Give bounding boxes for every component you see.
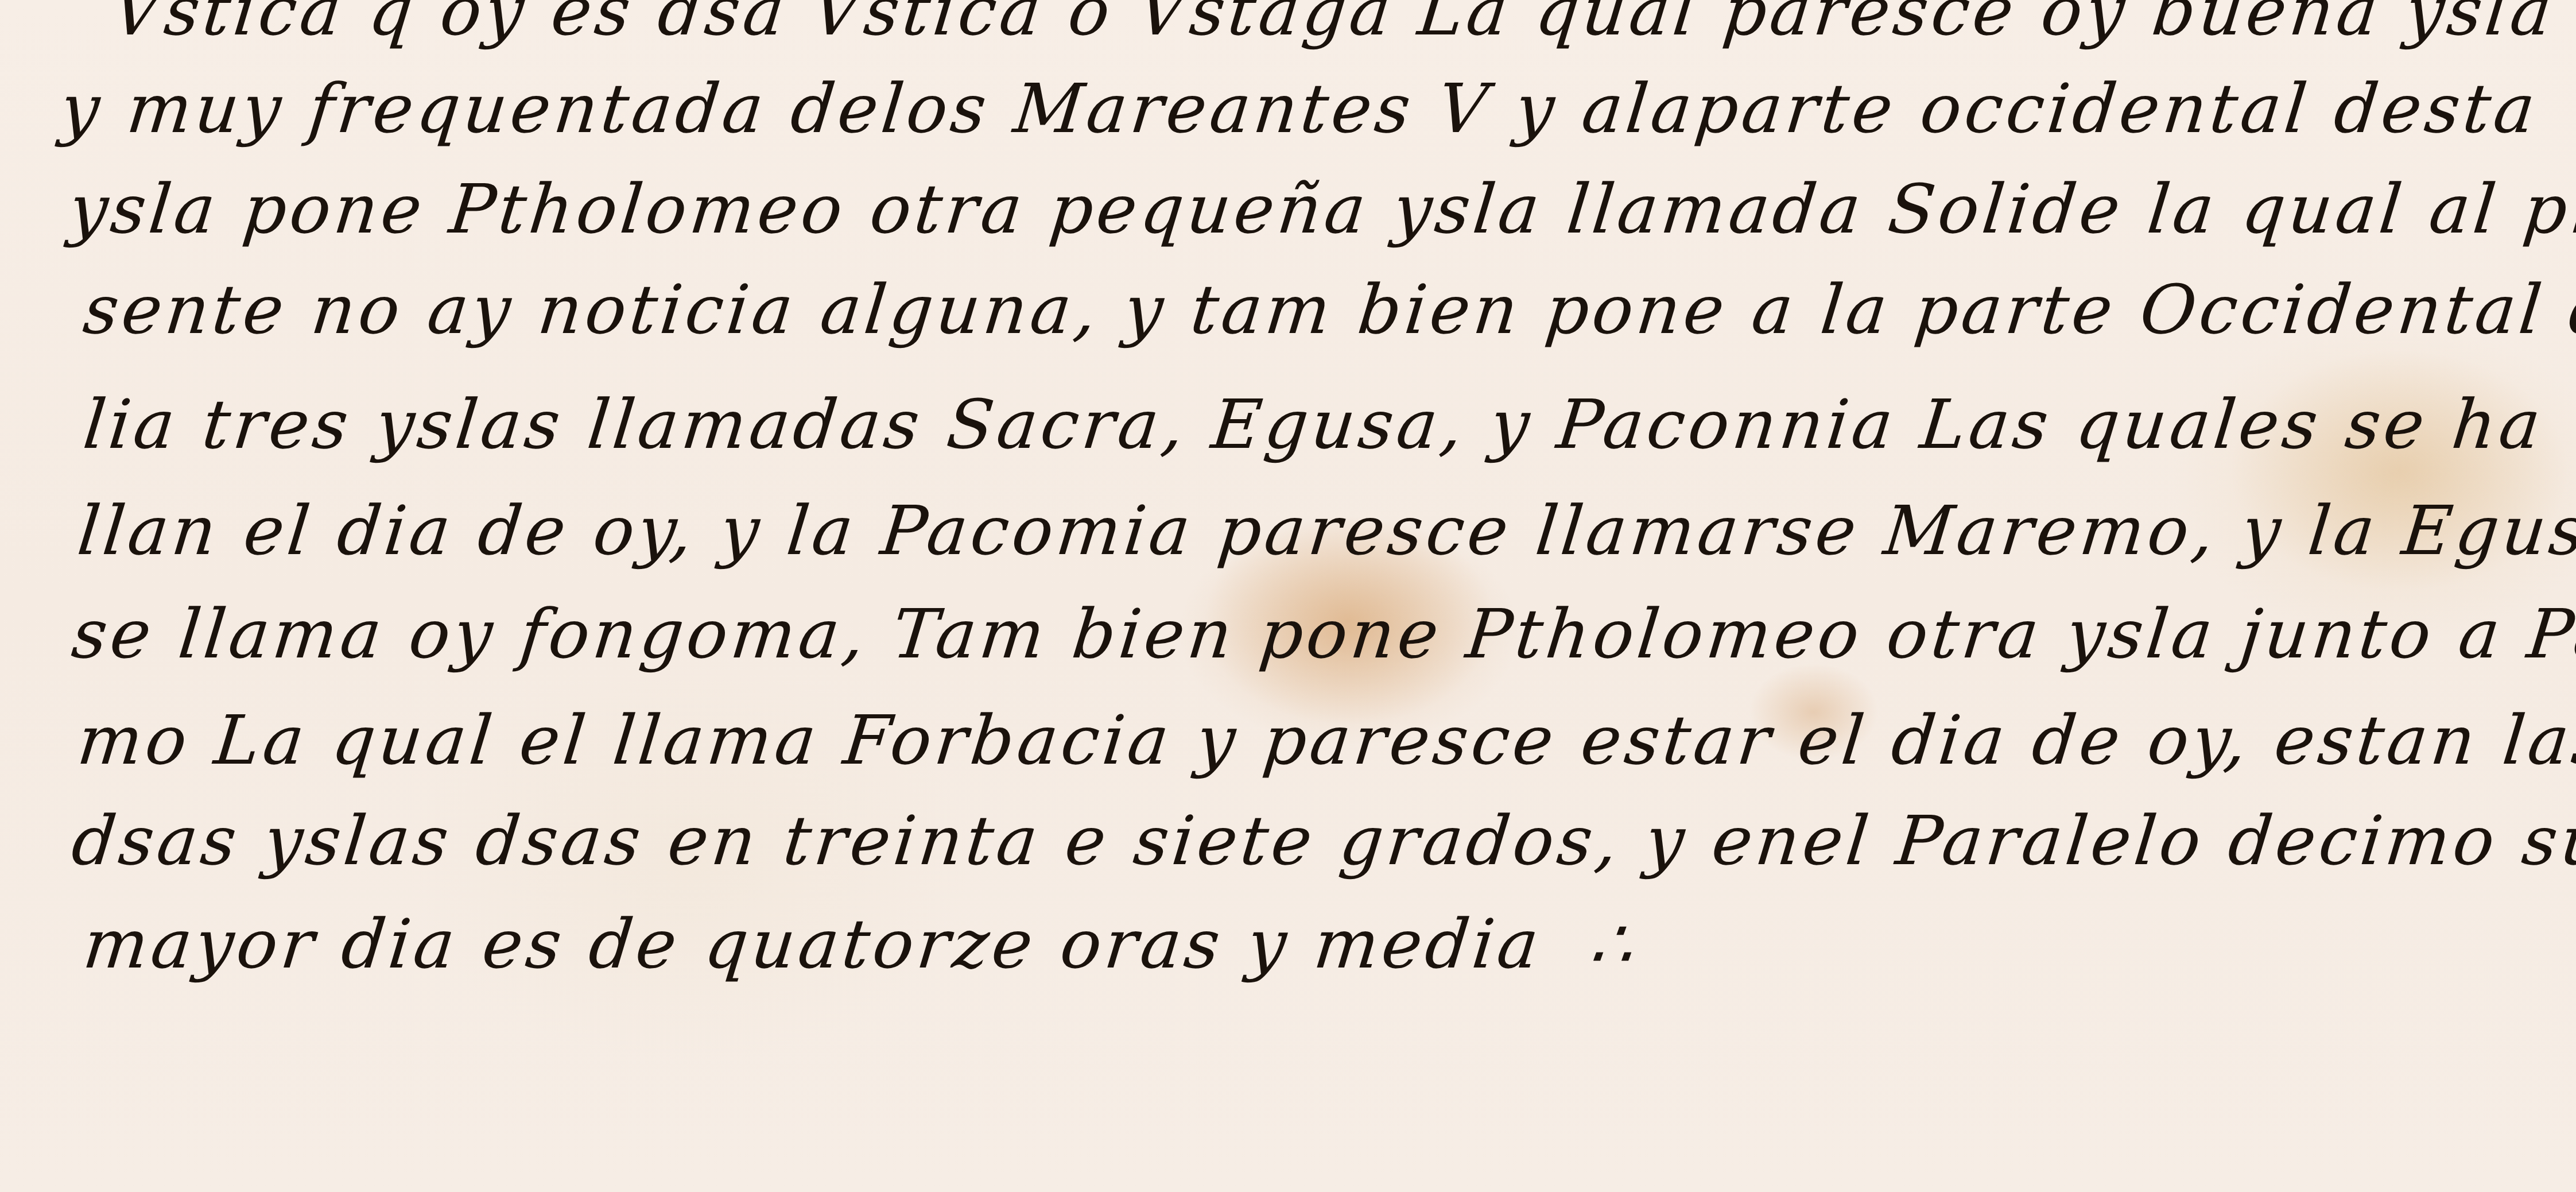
- text-line-10-content: mayor dia es de quatorze oras y media: [80, 904, 1546, 984]
- text-line-7: se llama oy fongoma, Tam bien pone Pthol…: [69, 600, 2576, 668]
- text-line-4: sente no ay noticia alguna, y tam bien p…: [80, 276, 2576, 343]
- text-line-1: Vstica q oy es dsa Vstica o Vstaga La qu…: [109, 0, 2558, 45]
- text-line-8: mo La qual el llama Forbacia y paresce e…: [75, 706, 2576, 774]
- manuscript-page: Vstica q oy es dsa Vstica o Vstaga La qu…: [0, 0, 2576, 1192]
- text-line-9: dsas yslas dsas en treinta e siete grado…: [69, 807, 2576, 874]
- text-line-3: ysla pone Ptholomeo otra pequeña ysla ll…: [66, 175, 2576, 243]
- text-line-6: llan el dia de oy, y la Pacomia paresce …: [75, 497, 2576, 564]
- end-mark-icon: ∴: [1586, 910, 1639, 978]
- text-line-2: y muy frequentada delos Mareantes V y al…: [57, 75, 2542, 142]
- text-line-5: lia tres yslas llamadas Sacra, Egusa, y …: [80, 390, 2547, 458]
- text-line-10: mayor dia es de quatorze oras y media ∴: [80, 910, 1639, 978]
